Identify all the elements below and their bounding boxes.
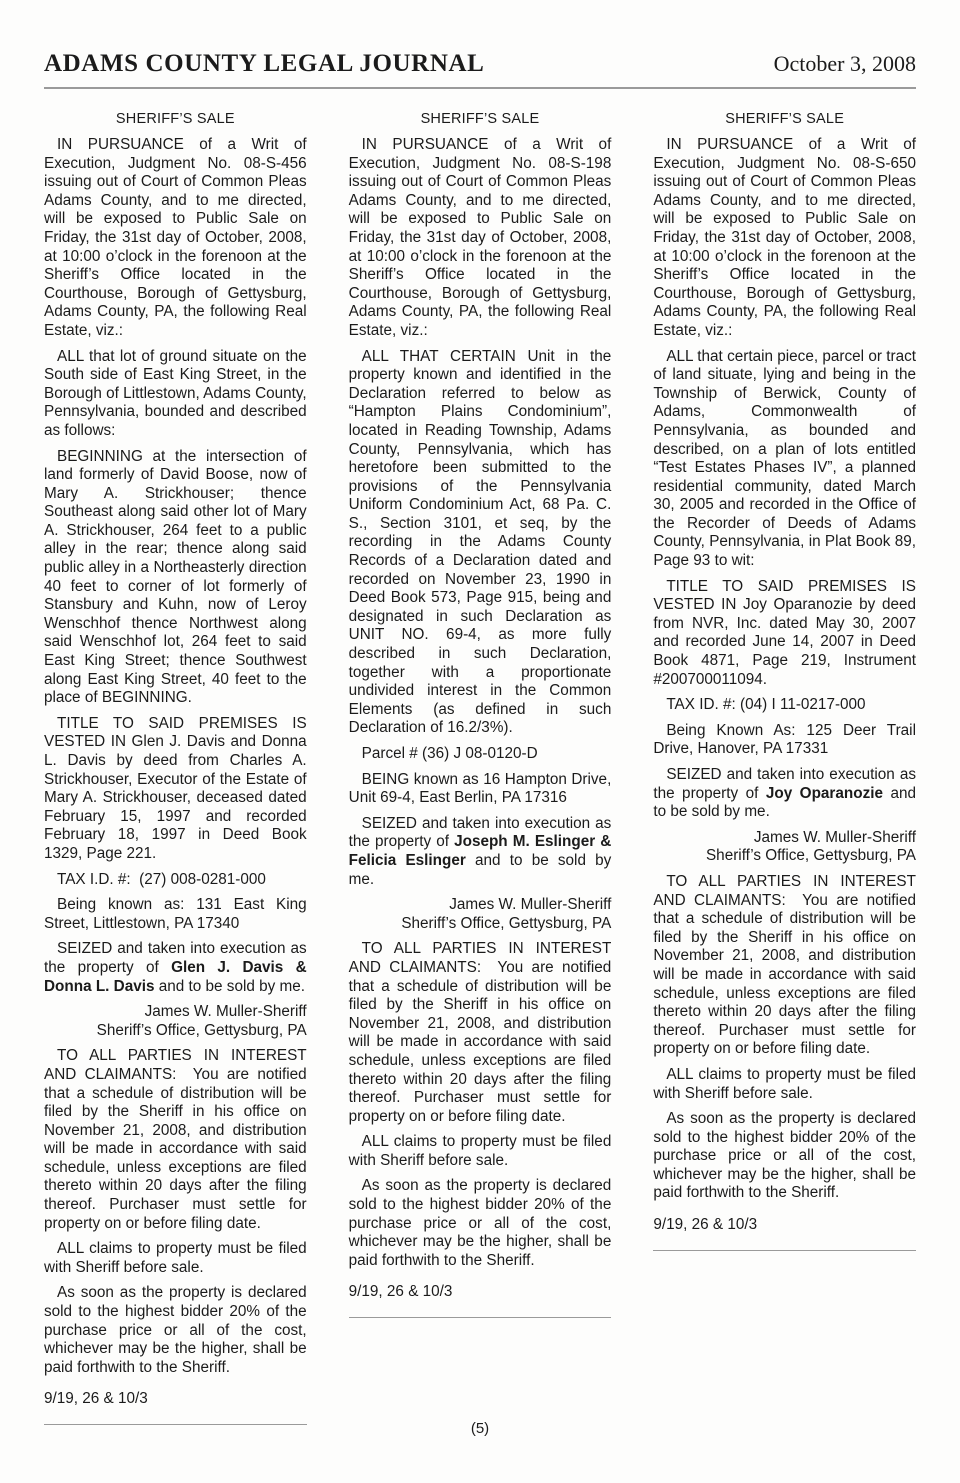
page: ADAMS COUNTY LEGAL JOURNAL October 3, 20…	[0, 0, 960, 1483]
defendant-name: Joy Oparanozie	[766, 785, 883, 802]
text-run: TAX I.D. #: (27) 008-0281-000	[57, 871, 266, 888]
notice-paragraph: As soon as the property is declared sold…	[653, 1110, 916, 1203]
notice-paragraph: Being known as: 131 East King Street, Li…	[44, 896, 307, 933]
notice-body: IN PURSUANCE of a Writ of Execution, Jud…	[653, 136, 916, 1235]
notice-heading: SHERIFF’S SALE	[44, 111, 307, 127]
text-run: ALL that certain piece, parcel or tract …	[653, 348, 916, 570]
notice-paragraph: TITLE TO SAID PREMISES IS VESTED IN Joy …	[653, 578, 916, 690]
notice-paragraph: TO ALL PARTIES IN INTEREST AND CLAIMANTS…	[653, 873, 916, 1059]
text-run: As soon as the property is declared sold…	[349, 1177, 612, 1268]
notice-paragraph: BEGINNING at the intersection of land fo…	[44, 448, 307, 708]
page-number: (5)	[0, 1420, 960, 1437]
text-run: As soon as the property is declared sold…	[44, 1284, 307, 1375]
text-run: James W. Muller-Sheriff	[145, 1003, 307, 1020]
signature-line: James W. Muller-Sheriff	[44, 1003, 307, 1022]
notice-body: IN PURSUANCE of a Writ of Execution, Jud…	[349, 136, 612, 1302]
notice-column: SHERIFF’S SALE IN PURSUANCE of a Writ of…	[349, 111, 612, 1425]
notice-body: IN PURSUANCE of a Writ of Execution, Jud…	[44, 136, 307, 1409]
text-run: BEING known as 16 Hampton Drive, Unit 69…	[349, 771, 612, 807]
masthead-rule	[44, 87, 916, 89]
notice-paragraph: TAX I.D. #: (27) 008-0281-000	[44, 871, 307, 890]
notice-heading: SHERIFF’S SALE	[349, 111, 612, 127]
notice-paragraph: TO ALL PARTIES IN INTEREST AND CLAIMANTS…	[349, 940, 612, 1126]
text-run: TO ALL PARTIES IN INTEREST AND CLAIMANTS…	[653, 873, 916, 1057]
text-run: TAX ID. #: (04) I 11-0217-000	[666, 696, 865, 713]
notice-paragraph: ALL that certain piece, parcel or tract …	[653, 348, 916, 571]
notice-paragraph: BEING known as 16 Hampton Drive, Unit 69…	[349, 771, 612, 808]
notice-paragraph: SEIZED and taken into execution as the p…	[44, 940, 307, 996]
text-run: TO ALL PARTIES IN INTEREST AND CLAIMANTS…	[349, 940, 612, 1124]
signature-line: Sheriff’s Office, Gettysburg, PA	[653, 847, 916, 866]
notice-paragraph: Parcel # (36) J 08-0120-D	[349, 745, 612, 764]
text-run: James W. Muller-Sheriff	[754, 829, 916, 846]
publication-dates: 9/19, 26 & 10/3	[349, 1283, 612, 1302]
notice-paragraph: ALL claims to property must be filed wit…	[44, 1240, 307, 1277]
text-run: TO ALL PARTIES IN INTEREST AND CLAIMANTS…	[44, 1047, 307, 1231]
text-run: TITLE TO SAID PREMISES IS VESTED IN Joy …	[653, 578, 916, 688]
journal-title: ADAMS COUNTY LEGAL JOURNAL	[44, 50, 484, 78]
text-run: ALL claims to property must be filed wit…	[44, 1240, 307, 1276]
notice-paragraph: IN PURSUANCE of a Writ of Execution, Jud…	[44, 136, 307, 341]
notice-paragraph: ALL claims to property must be filed wit…	[349, 1133, 612, 1170]
text-run: 9/19, 26 & 10/3	[653, 1216, 757, 1233]
text-run: IN PURSUANCE of a Writ of Execution, Jud…	[349, 136, 612, 339]
notice-paragraph: IN PURSUANCE of a Writ of Execution, Jud…	[349, 136, 612, 341]
text-run: IN PURSUANCE of a Writ of Execution, Jud…	[44, 136, 307, 339]
signature-line: James W. Muller-Sheriff	[653, 829, 916, 848]
notice-columns: SHERIFF’S SALE IN PURSUANCE of a Writ of…	[44, 111, 916, 1425]
text-run: ALL that lot of ground situate on the So…	[44, 348, 307, 439]
notice-paragraph: SEIZED and taken into execution as the p…	[349, 815, 612, 889]
issue-date: October 3, 2008	[774, 51, 916, 77]
text-run: TITLE TO SAID PREMISES IS VESTED IN Glen…	[44, 715, 307, 862]
column-divider	[349, 1317, 612, 1318]
notice-paragraph: TO ALL PARTIES IN INTEREST AND CLAIMANTS…	[44, 1047, 307, 1233]
notice-paragraph: ALL claims to property must be filed wit…	[653, 1066, 916, 1103]
signature-line: Sheriff’s Office, Gettysburg, PA	[44, 1022, 307, 1041]
masthead: ADAMS COUNTY LEGAL JOURNAL October 3, 20…	[44, 50, 916, 78]
text-run: ALL claims to property must be filed wit…	[653, 1066, 916, 1102]
text-run: As soon as the property is declared sold…	[653, 1110, 916, 1201]
notice-column: SHERIFF’S SALE IN PURSUANCE of a Writ of…	[44, 111, 307, 1425]
notice-paragraph: As soon as the property is declared sold…	[349, 1177, 612, 1270]
publication-dates: 9/19, 26 & 10/3	[653, 1216, 916, 1235]
text-run: 9/19, 26 & 10/3	[349, 1283, 453, 1300]
text-run: Sheriff’s Office, Gettysburg, PA	[706, 847, 916, 864]
notice-paragraph: ALL THAT CERTAIN Unit in the property kn…	[349, 348, 612, 738]
text-run: Sheriff’s Office, Gettysburg, PA	[401, 915, 611, 932]
notice-paragraph: As soon as the property is declared sold…	[44, 1284, 307, 1377]
text-run: ALL THAT CERTAIN Unit in the property kn…	[349, 348, 612, 737]
column-divider	[653, 1250, 916, 1251]
text-run: BEGINNING at the intersection of land fo…	[44, 448, 307, 707]
notice-column: SHERIFF’S SALE IN PURSUANCE of a Writ of…	[653, 111, 916, 1425]
notice-paragraph: Being Known As: 125 Deer Trail Drive, Ha…	[653, 722, 916, 759]
notice-paragraph: ALL that lot of ground situate on the So…	[44, 348, 307, 441]
signature-line: Sheriff’s Office, Gettysburg, PA	[349, 915, 612, 934]
text-run: and to be sold by me.	[155, 978, 306, 995]
notice-heading: SHERIFF’S SALE	[653, 111, 916, 127]
notice-paragraph: SEIZED and taken into execution as the p…	[653, 766, 916, 822]
publication-dates: 9/19, 26 & 10/3	[44, 1390, 307, 1409]
text-run: James W. Muller-Sheriff	[449, 896, 611, 913]
notice-paragraph: TITLE TO SAID PREMISES IS VESTED IN Glen…	[44, 715, 307, 864]
notice-paragraph: TAX ID. #: (04) I 11-0217-000	[653, 696, 916, 715]
notice-paragraph: IN PURSUANCE of a Writ of Execution, Jud…	[653, 136, 916, 341]
text-run: Parcel # (36) J 08-0120-D	[362, 745, 538, 762]
signature-line: James W. Muller-Sheriff	[349, 896, 612, 915]
text-run: IN PURSUANCE of a Writ of Execution, Jud…	[653, 136, 916, 339]
text-run: Sheriff’s Office, Gettysburg, PA	[97, 1022, 307, 1039]
text-run: ALL claims to property must be filed wit…	[349, 1133, 612, 1169]
text-run: 9/19, 26 & 10/3	[44, 1390, 148, 1407]
text-run: Being Known As: 125 Deer Trail Drive, Ha…	[653, 722, 916, 758]
text-run: Being known as: 131 East King Street, Li…	[44, 896, 307, 932]
